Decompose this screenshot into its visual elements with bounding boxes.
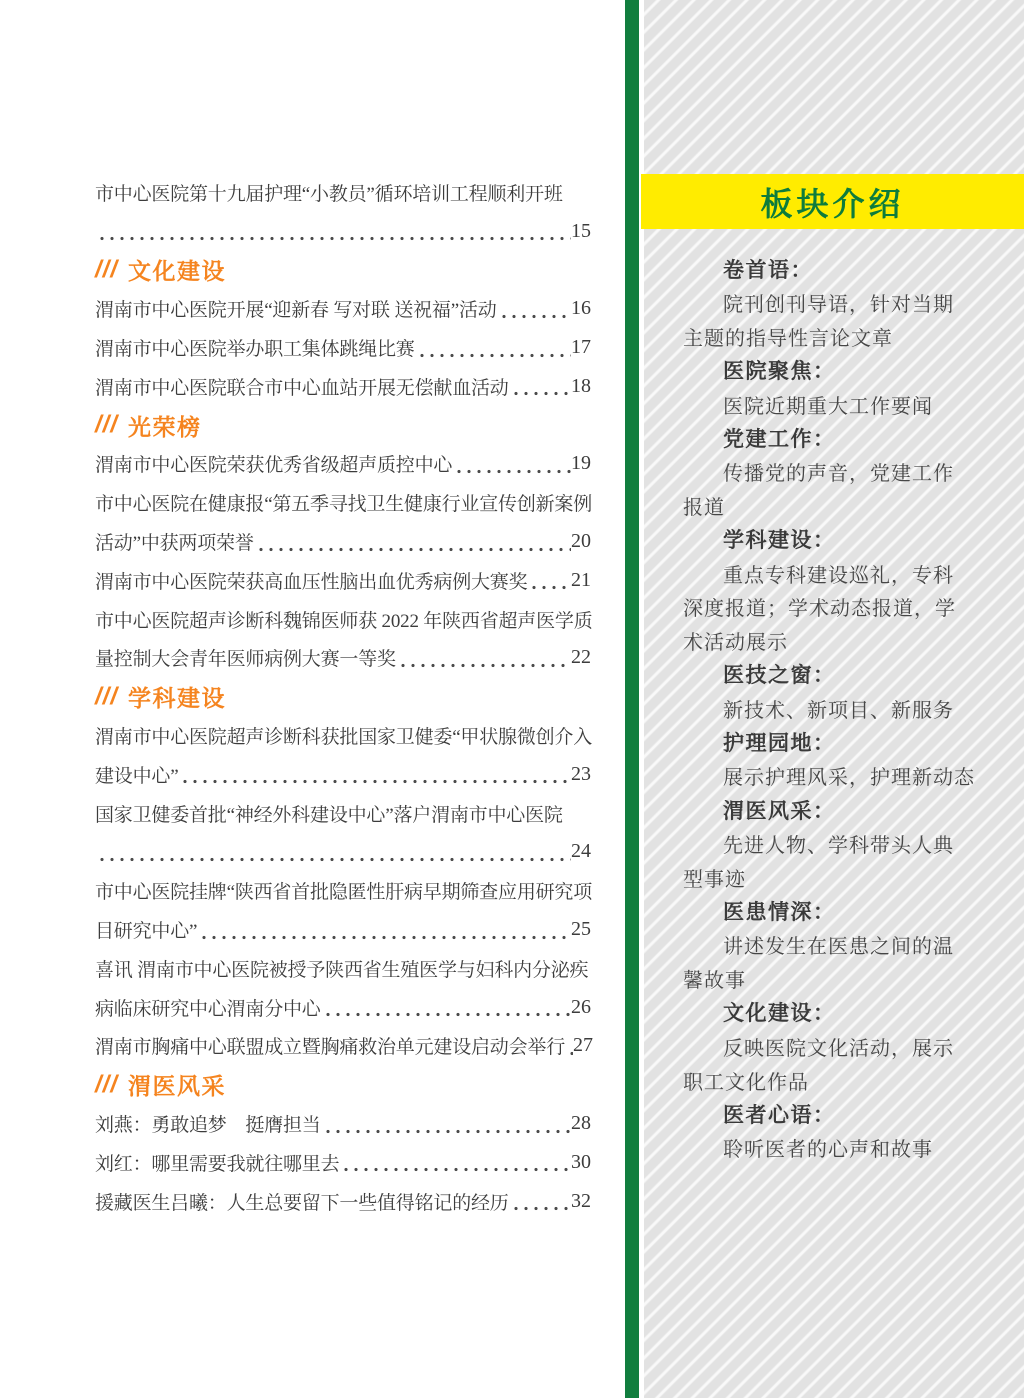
triple-slash-marker: ///	[95, 1071, 118, 1099]
page-number: 16	[571, 297, 591, 320]
intro-block-line: 反映医院文化活动，展示	[683, 1029, 963, 1063]
toc-entry-row: 建设中心”23	[95, 755, 591, 794]
page-number: 27	[573, 1034, 593, 1057]
intro-block-line: 院刊创刊导语，针对当期	[683, 286, 963, 320]
toc-entry-row: 刘红：哪里需要我就往哪里去30	[95, 1143, 591, 1182]
intro-block-line: 先进人物、学科带头人典	[683, 827, 963, 861]
green-accent-bar	[625, 0, 639, 1398]
triple-slash-marker: ///	[95, 256, 118, 284]
intro-block-line: 新技术、新项目、新服务	[683, 691, 963, 725]
dotted-leader	[95, 857, 571, 862]
intro-block-heading: 渭医风采：	[683, 793, 963, 827]
intro-block-heading: 护理园地：	[683, 725, 963, 759]
toc-entry-row: 量控制大会青年医师病例大赛一等奖22	[95, 639, 591, 678]
toc-entry-row: 国家卫健委首批“神经外科建设中心”落户渭南市中心医院	[95, 794, 591, 833]
toc-section-header: ///光荣榜	[95, 406, 591, 445]
section-intro-banner: 板块介绍	[641, 174, 1024, 229]
toc-entry-row: 渭南市中心医院荣获高血压性脑出血优秀病例大赛奖21	[95, 561, 591, 600]
toc-entry-row: 市中心医院挂牌“陕西省首批隐匿性肝病早期筛查应用研究项	[95, 871, 591, 910]
toc-page-row: 15	[95, 212, 591, 251]
triple-slash-marker: ///	[95, 411, 118, 439]
toc-entry-row: 市中心医院超声诊断科魏锦医师获 2022 年陕西省超声医学质	[95, 600, 591, 639]
toc-section-header: ///文化建设	[95, 251, 591, 290]
page-number: 26	[571, 996, 591, 1019]
intro-block-line: 医院近期重大工作要闻	[683, 387, 963, 421]
toc-entry-row: 目研究中心”25	[95, 910, 591, 949]
dotted-leader	[197, 935, 571, 940]
page-number: 30	[571, 1151, 591, 1174]
intro-block-line: 术活动展示	[683, 624, 963, 658]
triple-slash-marker: ///	[95, 683, 118, 711]
intro-block-heading: 学科建设：	[683, 522, 963, 556]
dotted-leader	[321, 1012, 571, 1017]
intro-block-heading: 医技之窗：	[683, 658, 963, 692]
dotted-leader	[509, 391, 571, 396]
dotted-leader	[415, 353, 571, 358]
toc-entry-row: 渭南市胸痛中心联盟成立暨胸痛救治单元建设启动会举行27	[95, 1027, 591, 1066]
page-number: 22	[571, 646, 591, 669]
toc-entry-row: 市中心医院第十九届护理“小教员”循环培训工程顺利开班	[95, 173, 591, 212]
toc-entry-row: 渭南市中心医院超声诊断科获批国家卫健委“甲状腺微创介入	[95, 716, 591, 755]
page-number: 17	[571, 336, 591, 359]
dotted-leader	[527, 585, 571, 590]
dotted-leader	[509, 1206, 571, 1211]
intro-block-line: 传播党的声音，党建工作	[683, 455, 963, 489]
toc-page-row: 24	[95, 833, 591, 872]
intro-block-heading: 党建工作：	[683, 421, 963, 455]
dotted-leader	[178, 779, 571, 784]
dotted-leader	[95, 236, 571, 241]
page-number: 28	[571, 1112, 591, 1135]
intro-block-heading: 医院聚焦：	[683, 353, 963, 387]
page-number: 20	[571, 530, 591, 553]
dotted-leader	[497, 314, 571, 319]
toc-entry-row: 援藏医生吕曦：人生总要留下一些值得铭记的经历32	[95, 1182, 591, 1221]
dotted-leader	[452, 469, 571, 474]
page-number: 18	[571, 375, 591, 398]
toc-entry-row: 喜讯 渭南市中心医院被授予陕西省生殖医学与妇科内分泌疾	[95, 949, 591, 988]
intro-block-line: 聆听医者的心声和故事	[683, 1131, 963, 1165]
section-intro-text: 卷首语： 院刊创刊导语，针对当期 主题的指导性言论文章 医院聚焦： 医院近期重大…	[683, 252, 963, 1165]
toc-entry-row: 渭南市中心医院开展“迎新春 写对联 送祝福”活动16	[95, 289, 591, 328]
page-number: 21	[571, 569, 591, 592]
dotted-leader	[339, 1167, 571, 1172]
dotted-leader	[321, 1129, 571, 1134]
table-of-contents: 市中心医院第十九届护理“小教员”循环培训工程顺利开班 15 ///文化建设 渭南…	[95, 173, 591, 1221]
intro-block-line: 展示护理风采，护理新动态	[683, 759, 963, 793]
toc-entry-row: 市中心医院在健康报“第五季寻找卫生健康行业宣传创新案例	[95, 483, 591, 522]
intro-block-heading: 医者心语：	[683, 1097, 963, 1131]
intro-block-heading: 卷首语：	[683, 252, 963, 286]
page-number: 19	[571, 452, 591, 475]
intro-block-line: 重点专科建设巡礼，专科	[683, 556, 963, 590]
intro-block-heading: 文化建设：	[683, 996, 963, 1030]
toc-entry-row: 渭南市中心医院联合市中心血站开展无偿献血活动18	[95, 367, 591, 406]
dotted-leader	[396, 663, 571, 668]
intro-block-line: 主题的指导性言论文章	[683, 320, 963, 354]
toc-entry-row: 活动”中获两项荣誉20	[95, 522, 591, 561]
dotted-leader	[565, 1051, 573, 1056]
page-number: 25	[571, 918, 591, 941]
toc-section-header: ///渭医风采	[95, 1065, 591, 1104]
page-number: 32	[571, 1190, 591, 1213]
intro-block-line: 型事迹	[683, 860, 963, 894]
intro-block-line: 深度报道；学术动态报道，学	[683, 590, 963, 624]
page-number: 15	[571, 220, 591, 243]
section-intro-title: 板块介绍	[760, 179, 904, 225]
magazine-toc-page: 板块介绍 卷首语： 院刊创刊导语，针对当期 主题的指导性言论文章 医院聚焦： 医…	[0, 0, 1024, 1398]
intro-block-line: 报道	[683, 489, 963, 523]
toc-entry-row: 渭南市中心医院举办职工集体跳绳比赛17	[95, 328, 591, 367]
toc-entry-row: 渭南市中心医院荣获优秀省级超声质控中心19	[95, 445, 591, 484]
intro-block-line: 职工文化作品	[683, 1063, 963, 1097]
page-number: 23	[571, 763, 591, 786]
toc-entry-row: 刘燕：勇敢追梦 挺膺担当28	[95, 1104, 591, 1143]
intro-block-line: 讲述发生在医患之间的温	[683, 928, 963, 962]
intro-block-heading: 医患情深：	[683, 894, 963, 928]
dotted-leader	[254, 547, 571, 552]
page-number: 24	[571, 840, 591, 863]
toc-section-header: ///学科建设	[95, 677, 591, 716]
toc-entry-row: 病临床研究中心渭南分中心26	[95, 988, 591, 1027]
intro-block-line: 馨故事	[683, 962, 963, 996]
